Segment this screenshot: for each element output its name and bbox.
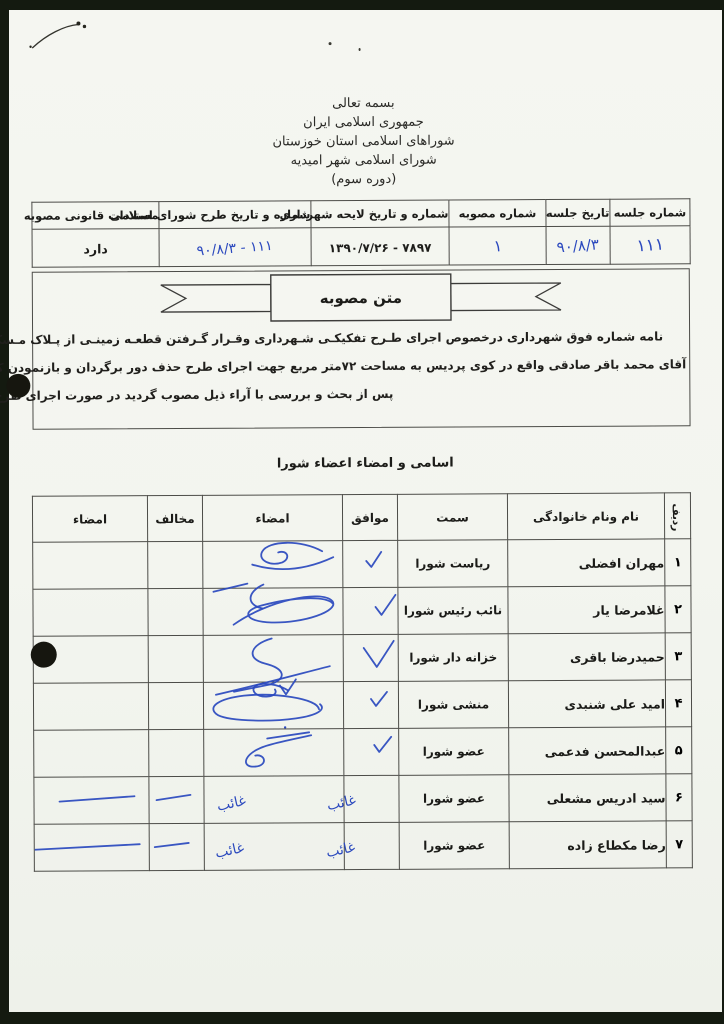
document-page: بسمه تعالی جمهوری اسلامی ایران شوراهای ا… <box>9 10 722 1012</box>
scan-speck <box>329 42 332 45</box>
oppose-cell <box>149 823 204 870</box>
member-name-cell: عبدالمحسن فدعمی <box>509 727 666 775</box>
column-header-legal-docs: مستندات قانونی مصوبه <box>32 202 159 230</box>
resolution-text-banner: متن مصوبه <box>159 272 563 323</box>
member-no-cell: ۶ <box>666 774 692 821</box>
letterhead-line: (دوره سوم) <box>7 168 720 191</box>
member-row: ۳ حمیدرضا باقری خزانه دار شورا <box>33 633 691 683</box>
agree-cell <box>344 728 399 775</box>
member-row: ۶ سید ادریس مشعلی عضو شورا <box>34 774 692 824</box>
signature2-cell <box>33 589 148 637</box>
signature-cell <box>204 823 344 871</box>
member-name-cell: سید ادریس مشعلی <box>509 774 666 822</box>
ribbon-left-tail <box>161 284 271 312</box>
signature2-cell <box>34 824 149 872</box>
agree-cell <box>343 540 398 587</box>
pen-scribble-mark <box>18 15 113 63</box>
member-row: ۵ عبدالمحسن فدعمی عضو شورا <box>34 727 692 777</box>
column-header-oppose: مخالف <box>147 495 202 541</box>
member-no-cell: ۳ <box>665 633 691 680</box>
member-role-cell: نائب رئیس شورا <box>398 587 508 635</box>
hole-punch-mark <box>31 642 57 668</box>
members-heading: اسامی و امضاء اعضاء شورا <box>9 454 722 473</box>
legal-docs-value: دارد <box>32 229 159 268</box>
member-role-cell: خزانه دار شورا <box>398 634 508 682</box>
column-header-agree: موافق <box>342 494 397 540</box>
member-row: ۲ غلامرضا یار نائب رئیس شورا <box>33 586 691 636</box>
session-number-value: ۱۱۱ <box>610 226 690 264</box>
column-header-session-date: تاریخ جلسه <box>546 199 610 226</box>
page-content: بسمه تعالی جمهوری اسلامی ایران شوراهای ا… <box>6 8 724 1014</box>
agree-cell <box>343 681 398 728</box>
resolution-text-box: متن مصوبه نامه شماره فوق شهرداری درخصوص … <box>32 268 691 429</box>
signature2-cell <box>33 542 148 590</box>
bill-number-date-value: ۷۸۹۷ - ۱۳۹۰/۷/۲۶ <box>311 227 449 266</box>
member-row: ۷ رضا مکطاع زاده عضو شورا <box>34 821 692 871</box>
oppose-cell <box>148 682 203 729</box>
resolution-info-table: شماره جلسه تاریخ جلسه شماره مصوبه شماره … <box>31 198 690 267</box>
member-row: ۱ مهران افضلی ریاست شورا <box>33 539 691 589</box>
letterhead: بسمه تعالی جمهوری اسلامی ایران شوراهای ا… <box>7 92 720 191</box>
column-header-role: سمت <box>397 494 507 541</box>
member-row: ۴ امید علی شنبدی منشی شورا <box>33 680 691 730</box>
session-date-value: ۹۰/۸/۳ <box>546 226 610 264</box>
banner-label: متن مصوبه <box>320 289 402 307</box>
member-name-cell: حمیدرضا باقری <box>508 633 665 681</box>
hole-punch-mark <box>6 374 30 398</box>
scanned-document: بسمه تعالی جمهوری اسلامی ایران شوراهای ا… <box>0 0 724 1024</box>
plan-number-date-value: ۱۱۱ - ۹۰/۸/۳ <box>159 228 311 267</box>
signature2-cell <box>34 730 149 778</box>
signature2-cell <box>34 777 149 825</box>
member-no-cell: ۲ <box>665 586 691 633</box>
column-header-signature: امضاء <box>202 495 342 542</box>
member-name-cell: رضا مکطاع زاده <box>509 821 666 869</box>
resolution-body-line: پس از بحث و بررسی با آراء ذیل مصوب گردید… <box>0 384 393 407</box>
member-role-cell: عضو شورا <box>399 775 509 823</box>
member-role-cell: عضو شورا <box>399 822 509 870</box>
ribbon-right-tail <box>451 283 561 311</box>
signature-cell <box>203 541 343 589</box>
signature-cell <box>203 635 343 683</box>
member-name-cell: غلامرضا یار <box>508 586 665 634</box>
member-no-cell: ۱ <box>665 539 691 586</box>
resolution-body-line: نامه شماره فوق شهرداری درخصوص اجرای طـرح… <box>0 326 663 350</box>
scan-speck <box>359 48 361 51</box>
oppose-cell <box>149 729 204 776</box>
column-header-name: نام ونام خانوادگی <box>507 493 664 540</box>
oppose-cell <box>148 635 203 682</box>
member-name-cell: امید علی شنبدی <box>508 680 665 728</box>
resolution-body-line: آقای محمد باقر صادقی واقع در کوی پردیس ب… <box>0 354 686 378</box>
resolution-number-value: ۱ <box>449 227 546 266</box>
members-table-area: ردیف نام ونام خانوادگی سمت موافق امضاء م… <box>33 492 693 871</box>
member-name-cell: مهران افضلی <box>508 539 665 587</box>
member-no-cell: ۴ <box>665 680 691 727</box>
agree-cell <box>344 822 399 869</box>
member-no-cell: ۵ <box>666 727 692 774</box>
oppose-cell <box>148 588 203 635</box>
column-header-bill: شماره و تاریخ لایحه شهرداری <box>311 200 449 228</box>
signature-cell <box>203 588 343 636</box>
member-role-cell: منشی شورا <box>398 681 508 729</box>
member-role-cell: عضو شورا <box>399 728 509 776</box>
column-header-signature2: امضاء <box>32 496 147 543</box>
column-header-session-no: شماره جلسه <box>610 199 690 226</box>
signature-cell <box>203 682 343 730</box>
signature2-cell <box>33 683 148 731</box>
agree-cell <box>343 634 398 681</box>
signature-cell <box>204 776 344 824</box>
column-header-row-number: ردیف <box>664 493 690 539</box>
member-no-cell: ۷ <box>666 821 692 868</box>
agree-cell <box>344 775 399 822</box>
member-role-cell: ریاست شورا <box>398 540 508 588</box>
column-header-resolution-no: شماره مصوبه <box>449 200 546 228</box>
members-signature-table: ردیف نام ونام خانوادگی سمت موافق امضاء م… <box>32 492 693 871</box>
oppose-cell <box>149 776 204 823</box>
oppose-cell <box>148 541 203 588</box>
column-header-plan: شماره و تاریخ طرح شورای اسلامی <box>159 201 311 229</box>
agree-cell <box>343 587 398 634</box>
signature-cell <box>204 729 344 777</box>
